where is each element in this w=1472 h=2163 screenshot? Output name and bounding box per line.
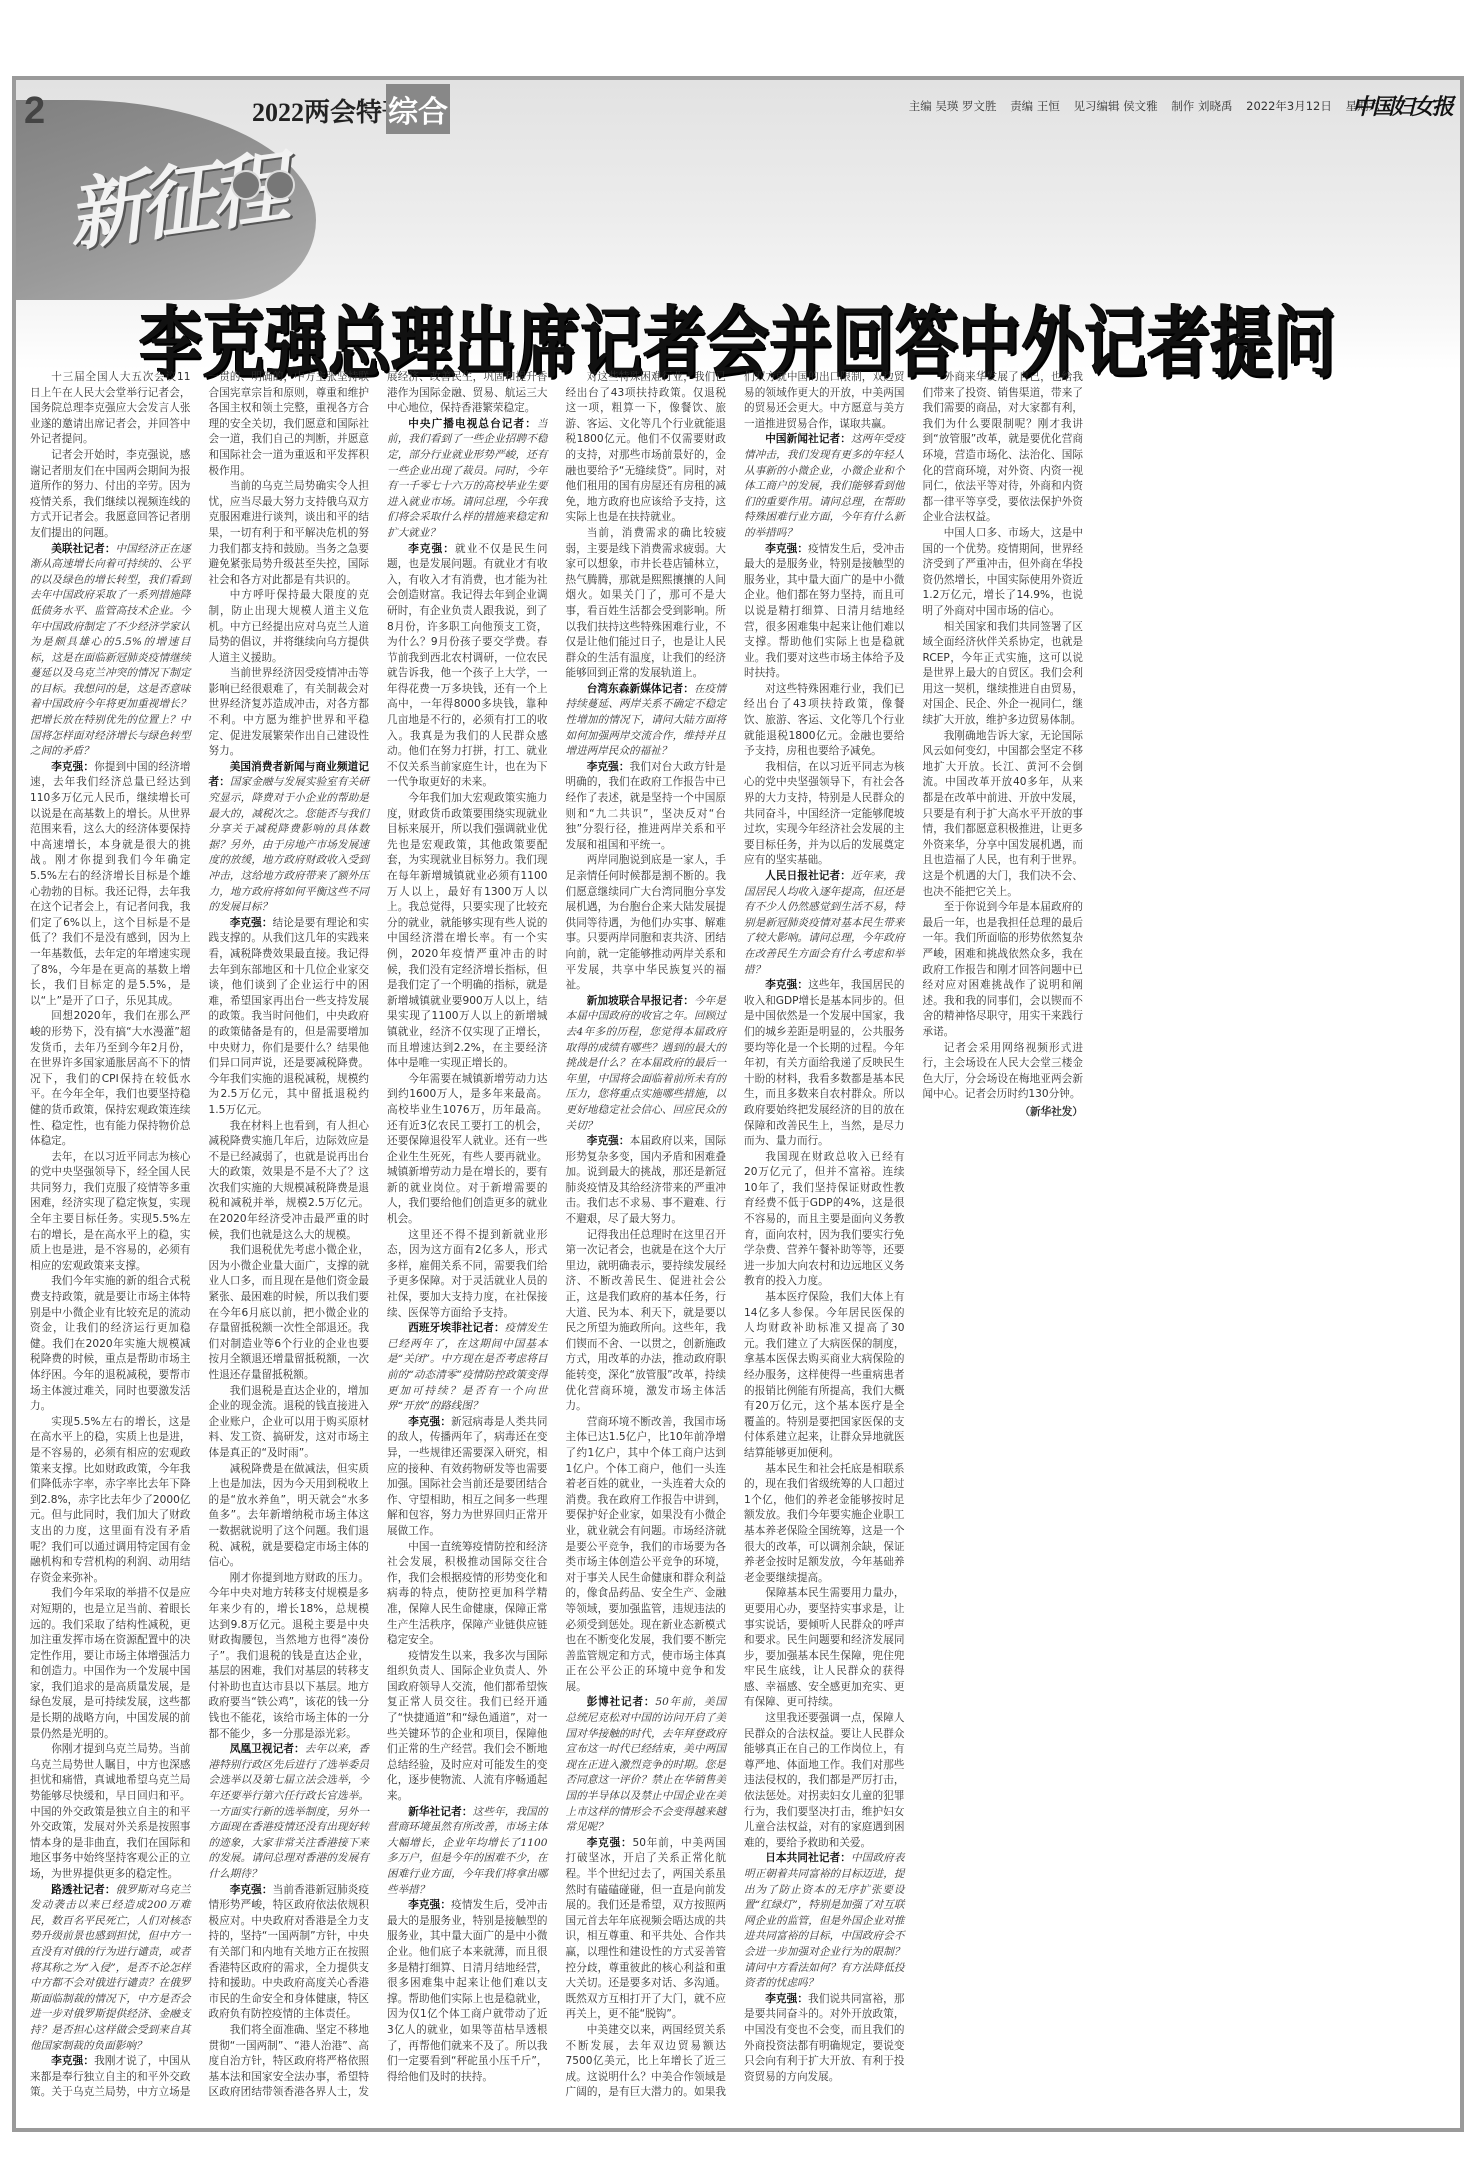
- speaker-label: 李克强：: [587, 1837, 633, 1849]
- section-tag: 综合: [386, 84, 450, 134]
- paragraph-text: 营商环境不断改善，我国市场主体已达1.5亿户，比10年前净增了约1亿户，其中个体…: [566, 1416, 727, 1693]
- premier-answer: 李克强：这些年，我国居民的收入和GDP增长是基本同步的。但是中国依然是一个发展中…: [744, 978, 905, 1150]
- speaker-label: 李克强：: [408, 1416, 451, 1428]
- reporter-question: 美联社记者：中国经济正在逐渐从高速增长向着可持续的、公平的以及绿色的增长转型，我…: [30, 542, 191, 760]
- paragraph-text: 疫情发生以来，我多次与国际组织负责人、国际企业负责人、外国政府领导人交流，他们都…: [387, 1650, 548, 1802]
- speaker-label: 中央广播电视总台记者：: [408, 418, 537, 430]
- paragraph-text: 你刚才提到乌克兰局势。当前乌克兰局势世人瞩目，中方也深感担忧和痛惜，真诚地希望乌…: [30, 1743, 191, 1880]
- premier-answer: 李克强：疫情发生后，受冲击最大的是服务业，特别是接触型的服务业，其中量大面广的是…: [387, 1898, 548, 2085]
- article-paragraph: 我们退税优先考虑小微企业，因为小微企业量大面广，支撑的就业人口多，而且现在是他们…: [209, 1243, 370, 1383]
- article-paragraph: 我在材料上也看到，有人担心减税降费实施几年后，边际效应是不是已经减弱了，也就是说…: [209, 1119, 370, 1244]
- paragraph-text: 中国政府表明正朝着共同富裕的目标迈进，提出为了防止资本的无序扩张要设置“红绿灯”…: [744, 1852, 905, 1989]
- article-paragraph: 刚才你提到地方财政的压力。今年中央对地方转移支付规模是多年来少有的，增长18%，…: [209, 1571, 370, 1743]
- credit-production: 制作 刘晓禹: [1171, 99, 1232, 113]
- paragraph-text: 记得我出任总理时在这里召开第一次记者会，也就是在这个大厅里边，就明确表示，要持续…: [566, 1229, 727, 1413]
- premier-answer: 李克强：我们对台大政方针是明确的，我们在政府工作报告中已经作了表述，就是坚持一个…: [566, 760, 727, 854]
- article-paragraph: 今年需要在城镇新增劳动力达到约1600万人，是多年来最高。高校毕业生1076万，…: [387, 1072, 548, 1228]
- paragraph-text: 这两年受疫情冲击，我们发现有更多的年轻人从事新的小微企业，小微企业和个体工商户的…: [744, 433, 905, 539]
- paragraph-text: 中国人口多、市场大，这是中国的一个优势。疫情期间，世界经济受到了严重冲击，但外商…: [923, 527, 1084, 617]
- paragraph-text: 我们退税是直达企业的，增加企业的现金流。退税的钱直接进入企业账户，企业可以用于购…: [209, 1385, 370, 1459]
- paragraph-text: 今年是本届中国政府的收官之年。回顾过去4年多的历程，您觉得本届政府取得的成绩有哪…: [566, 995, 727, 1132]
- paragraph-text: 中国一直统筹疫情防控和经济社会发展，积极推动国际交往合作，我们会根据疫情的形势变…: [387, 1541, 548, 1647]
- article-source: （新华社发）: [923, 1105, 1084, 1121]
- paragraph-text: 这里我还要强调一点，保障人民群众的合法权益。要让人民群众能够真正在自己的工作岗位…: [744, 1712, 905, 1849]
- speaker-label: 西班牙埃菲社记者：: [408, 1322, 505, 1334]
- paragraph-text: 我刚确地告诉大家，无论国际风云如何变幻，中国都会坚定不移地扩大开放。长江、黄河不…: [923, 730, 1084, 898]
- paragraph-text: 我国现在财政总收入已经有20万亿元了，但并不富裕。连续10年了，我们坚持保证财政…: [744, 1151, 905, 1288]
- premier-answer: 李克强：疫情发生后，受冲击最大的是服务业，特别是接触型的服务业，其中量大面广的是…: [744, 542, 905, 682]
- article-paragraph: 营商环境不断改善，我国市场主体已达1.5亿户，比10年前净增了约1亿户，其中个体…: [566, 1415, 727, 1696]
- premier-answer: 李克强：本届政府以来，国际形势复杂多变，国内矛盾和困难叠加。说到最大的挑战，那还…: [566, 1134, 727, 1228]
- paragraph-text: 50年前，美国总统尼克松对中国的访问开启了美国对华接触的时代，去年拜登政府宣布这…: [566, 1696, 727, 1833]
- paragraph-text: 刚才你提到地方财政的压力。今年中央对地方转移支付规模是多年来少有的，增长18%，…: [209, 1572, 370, 1740]
- paragraph-text: 减税降费是在做减法，但实质上也是加法，因为今天用到税收上的是“放水养鱼”，明天就…: [209, 1463, 370, 1569]
- premier-answer: 李克强：就业不仅是民生问题，也是发展问题。有就业才有收入，有收入才有消费，也才能…: [387, 542, 548, 792]
- paragraph-text: 记者会开始时，李克强说，感谢记者朋友们在中国两会期间为报道所作的努力、付出的辛劳…: [30, 449, 191, 539]
- article-paragraph: 中国人口多、市场大，这是中国的一个优势。疫情期间，世界经济受到了严重冲击，但外商…: [923, 526, 1084, 620]
- article-paragraph: 减税降费是在做减法，但实质上也是加法，因为今天用到税收上的是“放水养鱼”，明天就…: [209, 1462, 370, 1571]
- article-paragraph: 中国一直统筹疫情防控和经济社会发展，积极推动国际交往合作，我们会根据疫情的形势变…: [387, 1540, 548, 1649]
- article-paragraph: 当前的乌克兰局势确实令人担忧，应当尽最大努力支持俄乌双方克服困难进行谈判，谈出和…: [209, 479, 370, 588]
- speaker-label: 李克强：: [587, 761, 630, 773]
- article-paragraph: 当前世界经济因受疫情冲击等影响已经很艰难了，有关制裁会对世界经济复苏造成冲击，对…: [209, 666, 370, 760]
- paragraph-text: 疫情发生已经两年了，在这期间中国基本是“关闭”。中方现在是否考虑将目前的“动态清…: [387, 1322, 548, 1412]
- reporter-question: 西班牙埃菲社记者：疫情发生已经两年了，在这期间中国基本是“关闭”。中方现在是否考…: [387, 1321, 548, 1415]
- paragraph-text: 当前，消费需求的确比较疲弱，主要是线下消费需求疲弱。大家可以想象，市井长巷店铺林…: [566, 527, 727, 679]
- article-paragraph: 我相信，在以习近平同志为核心的党中央坚强领导下，有社会各界的大力支持，特别是人民…: [744, 760, 905, 869]
- reporter-question: 中央广播电视总台记者：当前，我们看到了一些企业招聘不稳定，部分行业就业形势严峻，…: [387, 417, 548, 542]
- paragraph-text: 这些年，我国居民的收入和GDP增长是基本同步的。但是中国依然是一个发展中国家，我…: [744, 979, 905, 1147]
- paragraph-text: 结论是要有理论和实践支撑的。从我们这几年的实践来看，减税降费效果最直接。我记得去…: [209, 917, 370, 1116]
- paragraph-text: 两岸同胞说到底是一家人，手足亲情任何时候都是割不断的。我们愿意继续同广大台湾同胞…: [566, 854, 727, 991]
- editor-credits: 主编 吴瑛 罗文胜 责编 王恒 见习编辑 侯文雅 制作 刘晓禹 2022年3月1…: [899, 98, 1380, 114]
- article-paragraph: 至于你说到今年是本届政府的最后一年，也是我担任总理的最后一年。我们所面临的形势依…: [923, 900, 1084, 1040]
- article-paragraph: 我们今年实施的新的组合式税费支持政策，就是要让市场主体特别是中小微企业有比较充足…: [30, 1274, 191, 1414]
- emblems: [231, 170, 295, 200]
- article-paragraph: 回想2020年，我们在那么严峻的形势下，没有搞“大水漫灌”超发货币，去年乃至到今…: [30, 1009, 191, 1149]
- paragraph-text: 去年以来，香港特别行政区先后进行了选举委员会选举以及第七届立法会选举，今年还要举…: [209, 1743, 370, 1880]
- paragraph-text: 我们退税优先考虑小微企业，因为小微企业量大面广，支撑的就业人口多，而且现在是他们…: [209, 1244, 370, 1381]
- paragraph-text: 我们今年采取的举措不仅是应对短期的，也是立足当前、着眼长远的。我们采取了结构性减…: [30, 1587, 191, 1739]
- speaker-label: 新华社记者：: [408, 1806, 472, 1818]
- premier-answer: 李克强：50年前，中美两国打破坚冰，开启了关系正常化航程。半个世纪过去了，两国关…: [566, 1836, 727, 2023]
- article-paragraph: 这里还不得不提到新就业形态，因为这方面有2亿多人，形式多样，雇佣关系不同，需要我…: [387, 1228, 548, 1322]
- national-emblem-icon: [231, 170, 261, 200]
- speaker-label: 凤凰卫视记者：: [230, 1743, 305, 1755]
- paragraph-text: 保障基本民生需要用力量办，更要用心办，要坚持实事求是，让事实说话，要倾听人民群众…: [744, 1587, 905, 1708]
- paragraph-text: 回想2020年，我们在那么严峻的形势下，没有搞“大水漫灌”超发货币，去年乃至到今…: [30, 1010, 191, 1147]
- masthead-banner: 2 新征程 2022两会特刊 综合 主编 吴瑛 罗文胜 责编 王恒 见习编辑 侯…: [16, 80, 1460, 370]
- article-paragraph: 我刚确地告诉大家，无论国际风云如何变幻，中国都会坚定不移地扩大开放。长江、黄河不…: [923, 729, 1084, 901]
- article-paragraph: 当前，消费需求的确比较疲弱，主要是线下消费需求疲弱。大家可以想象，市井长巷店铺林…: [566, 526, 727, 682]
- speaker-label: 日本共同社记者：: [765, 1852, 851, 1864]
- paragraph-text: 对这些特殊困难行业，我们已经出台了43项扶持政策。仅退税这一项，粗算一下，像餐饮…: [566, 371, 727, 523]
- speaker-label: 台湾东森新媒体记者：: [587, 683, 694, 695]
- credit-chief-editor: 主编 吴瑛 罗文胜: [909, 99, 997, 113]
- article-paragraph: 我们退税是直达企业的，增加企业的现金流。退税的钱直接进入企业账户，企业可以用于购…: [209, 1384, 370, 1462]
- article-paragraph: 基本医疗保险，我们大体上有14亿多人参保。今年居民医保的人均财政补助标准又提高了…: [744, 1290, 905, 1462]
- paragraph-text: 疫情发生后，受冲击最大的是服务业，特别是接触型的服务业，其中量大面广的是中小微企…: [744, 543, 905, 680]
- paragraph-text: 至于你说到今年是本届政府的最后一年，也是我担任总理的最后一年。我们所面临的形势依…: [923, 901, 1084, 1038]
- speaker-label: 李克强：: [230, 917, 273, 929]
- paragraph-text: 近年来，我国居民人均收入逐年提高，但还是有不少人仍然感觉到生活不易，特别是新冠肺…: [744, 870, 905, 976]
- article-paragraph: 中方呼吁保持最大限度的克制，防止出现大规模人道主义危机。中方已经提出应对乌克兰人…: [209, 588, 370, 666]
- reporter-question: 彭博社记者：50年前，美国总统尼克松对中国的访问开启了美国对华接触的时代，去年拜…: [566, 1695, 727, 1835]
- premier-answer: 李克强：我们说共同富裕，那是要共同奋斗的。对外开放政策，中国没有变也不会变，而且…: [744, 1992, 905, 2086]
- premier-answer: 李克强：新冠病毒是人类共同的敌人，传播两年了，病毒还在变异，一些规律还需要深入研…: [387, 1415, 548, 1540]
- paragraph-text: 记者会采用网络视频形式进行，主会场设在人民大会堂三楼金色大厅，分会场设在梅地亚两…: [923, 1042, 1084, 1101]
- paragraph-text: 你提到中国的经济增速，去年我们经济总量已经达到110多万亿元人民币，继续增长可以…: [30, 761, 191, 1007]
- paragraph-text: 当前，我们看到了一些企业招聘不稳定，部分行业就业形势严峻，还有一些企业出现了裁员…: [387, 418, 548, 539]
- speaker-label: 美联社记者：: [51, 543, 115, 555]
- paragraph-text: 这里还不得不提到新就业形态，因为这方面有2亿多人，形式多样，雇佣关系不同，需要我…: [387, 1229, 548, 1319]
- article-paragraph: 两岸同胞说到底是一家人，手足亲情任何时候都是割不断的。我们愿意继续同广大台湾同胞…: [566, 853, 727, 993]
- issue-date: 2022年3月12日: [1246, 99, 1332, 113]
- paragraph-text: 就业不仅是民生问题，也是发展问题。有就业才有收入，有收入才有消费，也才能为社会创…: [387, 543, 548, 789]
- reporter-question: 新加坡联合早报记者：今年是本届中国政府的收官之年。回顾过去4年多的历程，您觉得本…: [566, 994, 727, 1134]
- newspaper-logo: 中国妇女报: [1352, 90, 1452, 121]
- speaker-label: 李克强：: [765, 979, 808, 991]
- paragraph-text: 当前世界经济因受疫情冲击等影响已经很艰难了，有关制裁会对世界经济复苏造成冲击，对…: [209, 667, 370, 757]
- reporter-question: 中国新闻社记者：这两年受疫情冲击，我们发现有更多的年轻人从事新的小微企业，小微企…: [744, 432, 905, 541]
- speaker-label: 李克强：: [765, 543, 808, 555]
- paragraph-text: 50年前，中美两国打破坚冰，开启了关系正常化航程。半个世纪过去了，两国关系虽然时…: [566, 1837, 727, 2021]
- paragraph-text: 相关国家和我们共同签署了区域全面经济伙伴关系协定，也就是RCEP，今年正式实施，…: [923, 621, 1084, 727]
- speaker-label: 李克强：: [408, 1899, 451, 1911]
- article-paragraph: 我国现在财政总收入已经有20万亿元了，但并不富裕。连续10年了，我们坚持保证财政…: [744, 1150, 905, 1290]
- reporter-question: 新华社记者：这些年，我国的营商环境虽然有所改善，市场主体大幅增长，企业年均增长了…: [387, 1805, 548, 1899]
- premier-answer: 李克强：你提到中国的经济增速，去年我们经济总量已经达到110多万亿元人民币，继续…: [30, 760, 191, 1010]
- speaker-label: 李克强：: [51, 761, 94, 773]
- paragraph-text: 基本医疗保险，我们大体上有14亿多人参保。今年居民医保的人均财政补助标准又提高了…: [744, 1291, 905, 1459]
- paragraph-text: 当前的乌克兰局势确实令人担忧，应当尽最大努力支持俄乌双方克服困难进行谈判，谈出和…: [209, 480, 370, 586]
- paragraph-text: 新冠病毒是人类共同的敌人，传播两年了，病毒还在变异，一些规律还需要深入研究，相应…: [387, 1416, 548, 1537]
- article-paragraph: 实现5.5%左右的增长，这是在高水平上的稳，实质上也是进，是不容易的，必须有相应…: [30, 1415, 191, 1587]
- paragraph-text: 我们今年实施的新的组合式税费支持政策，就是要让市场主体特别是中小微企业有比较充足…: [30, 1275, 191, 1412]
- reporter-question: 人民日报社记者：近年来，我国居民人均收入逐年提高，但还是有不少人仍然感觉到生活不…: [744, 869, 905, 978]
- paragraph-text: 中国经济正在逐渐从高速增长向着可持续的、公平的以及绿色的增长转型，我们看到去年中…: [30, 543, 191, 758]
- paragraph-text: 实现5.5%左右的增长，这是在高水平上的稳，实质上也是进，是不容易的，必须有相应…: [30, 1416, 191, 1584]
- paragraph-text: 这些年，我国的营商环境虽然有所改善，市场主体大幅增长，企业年均增长了1100多万…: [387, 1806, 548, 1896]
- speaker-label: 李克强：: [51, 2055, 94, 2067]
- article-paragraph: 保障基本民生需要用力量办，更要用心办，要坚持实事求是，让事实说话，要倾听人民群众…: [744, 1586, 905, 1711]
- article-paragraph: 相关国家和我们共同签署了区域全面经济伙伴关系协定，也就是RCEP，今年正式实施，…: [923, 620, 1084, 729]
- paragraph-text: 今年需要在城镇新增劳动力达到约1600万人，是多年来最高。高校毕业生1076万，…: [387, 1073, 548, 1225]
- speaker-label: 路透社记者：: [51, 1884, 115, 1896]
- paragraph-text: 国家金融与发展实验室有关研究显示，降费对于小企业的帮助是最大的，减税次之。您能否…: [209, 776, 370, 913]
- paragraph-text: 本届政府以来，国际形势复杂多变，国内矛盾和困难叠加。说到最大的挑战，那还是新冠肺…: [566, 1135, 727, 1225]
- paragraph-text: 疫情发生后，受冲击最大的是服务业，特别是接触型的服务业，其中量大面广的是中小微企…: [387, 1899, 548, 2083]
- paragraph-text: 外商来华发展了自己，也给我们带来了投资、销售渠道，带来了我们需要的商品，对大家都…: [923, 371, 1084, 523]
- paragraph-text: 去年，在以习近平同志为核心的党中央坚强领导下，经全国人民共同努力，我们克服了疫情…: [30, 1151, 191, 1272]
- article-paragraph: 疫情发生以来，我多次与国际组织负责人、国际企业负责人、外国政府领导人交流，他们都…: [387, 1649, 548, 1805]
- speaker-label: 李克强：: [765, 1993, 808, 2005]
- article-paragraph: 十三届全国人大五次会议11日上午在人民大会堂举行记者会，国务院总理李克强应大会发…: [30, 370, 191, 448]
- premier-answer: 李克强：当前香港新冠肺炎疫情形势严峻，特区政府依法依规积极应对。中央政府对香港是…: [209, 1883, 370, 2023]
- article-paragraph: 对这些特殊困难行业，我们已经出台了43项扶持政策，像餐饮、旅游、客运、文化等几个…: [744, 682, 905, 760]
- credit-trainee-editor: 见习编辑 侯文雅: [1074, 99, 1158, 113]
- paragraph-text: 中方呼吁保持最大限度的克制，防止出现大规模人道主义危机。中方已经提出应对乌克兰人…: [209, 589, 370, 663]
- paragraph-text: 我们说共同富裕，那是要共同奋斗的。对外开放政策，中国没有变也不会变，而且我们的外…: [744, 1993, 905, 2083]
- paragraph-text: 基本民生和社会托底是相联系的，现在我们省级统筹的人口超过1个亿，他们的养老金能够…: [744, 1463, 905, 1584]
- speaker-label: 人民日报社记者：: [765, 870, 851, 882]
- article-paragraph: 记者会开始时，李克强说，感谢记者朋友们在中国两会期间为报道所作的努力、付出的辛劳…: [30, 448, 191, 542]
- article-paragraph: 我们今年采取的举措不仅是应对短期的，也是立足当前、着眼长远的。我们采取了结构性减…: [30, 1586, 191, 1742]
- paragraph-text: 我相信，在以习近平同志为核心的党中央坚强领导下，有社会各界的大力支持，特别是人民…: [744, 761, 905, 867]
- article-paragraph: 记得我出任总理时在这里召开第一次记者会，也就是在这个大厅里边，就明确表示，要持续…: [566, 1228, 727, 1415]
- speaker-label: 新加坡联合早报记者：: [587, 995, 694, 1007]
- reporter-question: 日本共同社记者：中国政府表明正朝着共同富裕的目标迈进，提出为了防止资本的无序扩张…: [744, 1851, 905, 1991]
- speaker-label: 李克强：: [408, 543, 455, 555]
- article-paragraph: 记者会采用网络视频形式进行，主会场设在人民大会堂三楼金色大厅，分会场设在梅地亚两…: [923, 1041, 1084, 1103]
- speaker-label: 彭博社记者：: [587, 1696, 656, 1708]
- article-paragraph: 今年我们加大宏观政策实施力度，财政货币政策要围绕实现就业目标来展开，所以我们强调…: [387, 791, 548, 1072]
- paragraph-text: 我在材料上也看到，有人担心减税降费实施几年后，边际效应是不是已经减弱了，也就是说…: [209, 1120, 370, 1241]
- credit-editor: 责编 王恒: [1010, 99, 1060, 113]
- article-paragraph: 外商来华发展了自己，也给我们带来了投资、销售渠道，带来了我们需要的商品，对大家都…: [923, 370, 1084, 526]
- speaker-label: 中国新闻社记者：: [765, 433, 851, 445]
- newspaper-page: 2 新征程 2022两会特刊 综合 主编 吴瑛 罗文胜 责编 王恒 见习编辑 侯…: [12, 76, 1464, 2132]
- reporter-question: 美国消费者新闻与商业频道记者：国家金融与发展实验室有关研究显示，降费对于小企业的…: [209, 760, 370, 916]
- paragraph-text: 对这些特殊困难行业，我们已经出台了43项扶持政策，像餐饮、旅游、客运、文化等几个…: [744, 683, 905, 757]
- premier-answer: 李克强：结论是要有理论和实践支撑的。从我们这几年的实践来看，减税降费效果最直接。…: [209, 916, 370, 1119]
- article-paragraph: 你刚才提到乌克兰局势。当前乌克兰局势世人瞩目，中方也深感担忧和痛惜，真诚地希望乌…: [30, 1742, 191, 1882]
- article-body: 十三届全国人大五次会议11日上午在人民大会堂举行记者会，国务院总理李克强应大会发…: [30, 370, 1440, 2110]
- paragraph-text: 今年我们加大宏观政策实施力度，财政货币政策要围绕实现就业目标来展开，所以我们强调…: [387, 792, 548, 1069]
- cppcc-emblem-icon: [265, 170, 295, 200]
- reporter-question: 台湾东森新媒体记者：在疫情持续蔓延、两岸关系不确定不稳定性增加的情况下，请问大陆…: [566, 682, 727, 760]
- special-issue-label: 2022两会特刊: [252, 92, 408, 129]
- article-paragraph: 这里我还要强调一点，保障人民群众的合法权益。要让人民群众能够真正在自己的工作岗位…: [744, 1711, 905, 1851]
- paragraph-text: 当前香港新冠肺炎疫情形势严峻，特区政府依法依规积极应对。中央政府对香港是全力支持…: [209, 1884, 370, 2021]
- paragraph-text: 我们对台大政方针是明确的，我们在政府工作报告中已经作了表述，就是坚持一个中国原则…: [566, 761, 727, 851]
- speaker-label: 李克强：: [230, 1884, 273, 1896]
- page-number: 2: [24, 90, 45, 133]
- speaker-label: 李克强：: [587, 1135, 630, 1147]
- paragraph-text: 俄罗斯对乌克兰发动袭击以来已经造成200万难民，数百名平民死亡，人们对核态势升级…: [30, 1884, 191, 2052]
- article-paragraph: 对这些特殊困难行业，我们已经出台了43项扶持政策。仅退税这一项，粗算一下，像餐饮…: [566, 370, 727, 526]
- article-paragraph: 基本民生和社会托底是相联系的，现在我们省级统筹的人口超过1个亿，他们的养老金能够…: [744, 1462, 905, 1587]
- paragraph-text: 十三届全国人大五次会议11日上午在人民大会堂举行记者会，国务院总理李克强应大会发…: [30, 371, 191, 445]
- reporter-question: 凤凰卫视记者：去年以来，香港特别行政区先后进行了选举委员会选举以及第七届立法会选…: [209, 1742, 370, 1882]
- article-paragraph: 去年，在以习近平同志为核心的党中央坚强领导下，经全国人民共同努力，我们克服了疫情…: [30, 1150, 191, 1275]
- reporter-question: 路透社记者：俄罗斯对乌克兰发动袭击以来已经造成200万难民，数百名平民死亡，人们…: [30, 1883, 191, 2055]
